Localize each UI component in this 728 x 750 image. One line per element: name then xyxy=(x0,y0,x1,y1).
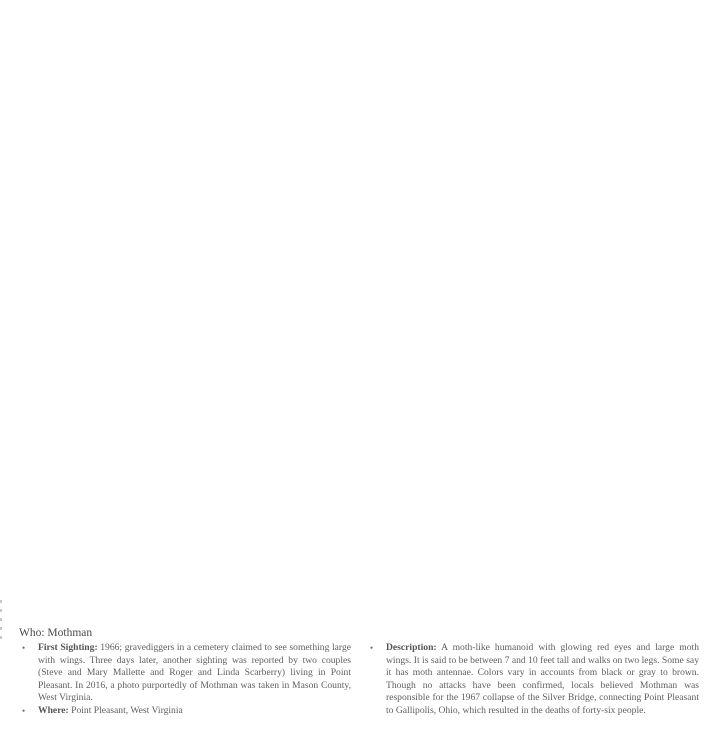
item-text: Point Pleasant, West Virginia xyxy=(69,705,183,716)
item-label: First Sighting: xyxy=(38,642,98,653)
right-column: •Description: A moth-like humanoid with … xyxy=(367,642,699,718)
bullet-icon: • xyxy=(22,642,25,655)
right-bullet-list: •Description: A moth-like humanoid with … xyxy=(367,642,699,718)
two-column-layout: •First Sighting: 1966; gravediggers in a… xyxy=(19,642,699,718)
document-page: Who: Mothman •First Sighting: 1966; grav… xyxy=(0,0,728,750)
cryptid-section: Who: Mothman •First Sighting: 1966; grav… xyxy=(19,626,699,718)
bullet-icon: • xyxy=(370,642,373,655)
item-label: Description: xyxy=(386,642,437,653)
list-item-first-sighting: •First Sighting: 1966; gravediggers in a… xyxy=(19,642,351,705)
left-column: •First Sighting: 1966; gravediggers in a… xyxy=(19,642,351,718)
item-label: Where: xyxy=(38,705,69,716)
item-text: A moth-like humanoid with glowing red ey… xyxy=(386,642,699,716)
list-item-where: •Where: Point Pleasant, West Virginia xyxy=(19,705,351,718)
bullet-icon: • xyxy=(22,705,25,718)
section-title: Who: Mothman xyxy=(19,626,699,640)
list-item-description: •Description: A moth-like humanoid with … xyxy=(367,642,699,718)
crop-marks xyxy=(0,600,2,642)
left-bullet-list: •First Sighting: 1966; gravediggers in a… xyxy=(19,642,351,718)
